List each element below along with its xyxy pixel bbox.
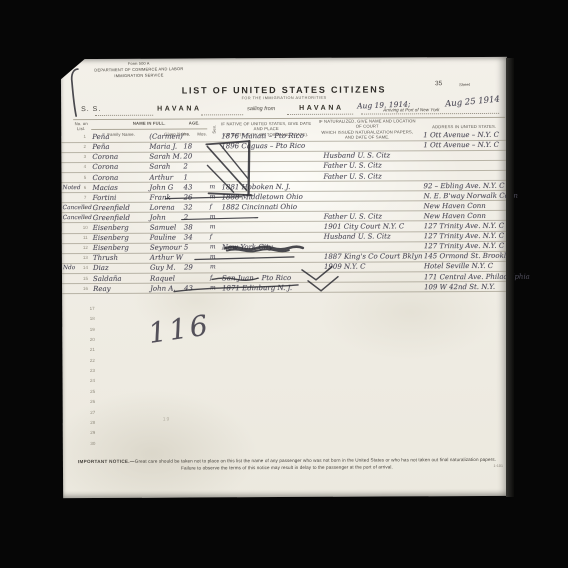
table-row: 16ReayJohn A.43m1871 Edinburg N. J.109 W… xyxy=(62,281,507,294)
table-rows: 1Peña(Carmen)1876 Manati – Pto Rico1 Ott… xyxy=(61,57,507,59)
important-notice: IMPORTANT NOTICE.—Great care should be t… xyxy=(69,457,505,473)
col-header-naturalized-line1: IF NATURALIZED, GIVE NAME AND LOCATION O… xyxy=(315,118,419,129)
cell-yrs: 34 xyxy=(184,234,193,243)
name-subheader-rule xyxy=(91,128,207,129)
cell-given: Frank xyxy=(150,193,171,202)
cell-family: Diaz xyxy=(93,264,109,273)
cell-no: 10 xyxy=(80,224,91,233)
row-number-tick: 19 xyxy=(86,327,98,332)
cell-family: Saldaña xyxy=(93,274,122,283)
cell-no: 4 xyxy=(79,164,90,173)
row-number-tick: 21 xyxy=(86,347,98,352)
cell-family: Macias xyxy=(93,184,118,193)
cell-yrs: 32 xyxy=(184,203,193,212)
cell-sex: m xyxy=(210,264,216,273)
cell-birth: 1882 Cincinnati Ohio xyxy=(222,203,298,212)
col-header-age: AGE. xyxy=(180,120,208,126)
cell-family: Eisenberg xyxy=(93,224,129,233)
cell-no: 9 xyxy=(80,214,91,223)
cell-yrs: 38 xyxy=(184,224,193,233)
cell-family: Reay xyxy=(93,285,111,294)
cell-address: New Haven Conn xyxy=(424,212,486,221)
cell-sex: m xyxy=(210,284,216,293)
cell-given: Arthur xyxy=(149,173,173,182)
cell-margin: Ndo xyxy=(63,265,75,274)
cell-given: Arthur W xyxy=(150,254,183,263)
cell-family: Thrush xyxy=(93,254,118,263)
cell-naturalization: Father U. S. Citz xyxy=(323,172,381,181)
row-number-tick: 23 xyxy=(86,368,98,373)
cell-no: 7 xyxy=(80,194,91,203)
cell-yrs: 43 xyxy=(184,284,193,293)
row-number-tick: 28 xyxy=(87,420,99,425)
cell-naturalization: Father U. S. Citz xyxy=(323,162,381,171)
cell-no: 15 xyxy=(80,275,91,284)
cell-birth: 1881 Hoboken N. J. xyxy=(222,183,291,192)
cell-family: Eisenberg xyxy=(93,244,129,253)
cell-naturalization: Husband U. S. Citz xyxy=(324,233,391,242)
cell-family: Peña xyxy=(92,143,109,152)
cell-given: (Carmen) xyxy=(149,133,183,142)
cell-sex: m xyxy=(210,244,216,253)
cell-birth: 1871 Edinburg N. J. xyxy=(222,284,292,293)
cell-given: John G xyxy=(150,183,174,192)
cell-yrs: 18 xyxy=(183,143,192,152)
row-number-tick: 24 xyxy=(87,378,99,383)
row-number-tick: 17 xyxy=(86,306,98,311)
cell-no: 16 xyxy=(80,285,91,294)
cell-yrs: 26 xyxy=(184,193,193,202)
cell-given: John xyxy=(150,214,166,223)
cell-no: 13 xyxy=(80,254,91,263)
cell-naturalization: Father U. S. Citz xyxy=(324,212,382,221)
notice-text-1: Great care should be taken not to place … xyxy=(135,457,496,464)
cell-address: 109 W 42nd St. N.Y. xyxy=(424,283,495,292)
row-number-tick: 20 xyxy=(86,337,98,342)
row-number-tick: 27 xyxy=(87,409,99,414)
cell-family: Corona xyxy=(92,163,118,172)
cell-address: Hotel Seville N.Y. C xyxy=(424,262,493,271)
blank-rule xyxy=(287,114,353,115)
faint-number: 19 xyxy=(163,417,171,423)
cell-sex: m xyxy=(210,183,216,192)
cell-yrs: 1 xyxy=(183,173,188,182)
cell-given: Lorena xyxy=(150,203,175,212)
cell-given: Sarah xyxy=(149,163,170,172)
cell-no: 1 xyxy=(79,133,90,142)
cell-given: Pauline xyxy=(150,234,176,243)
cell-sex: f xyxy=(210,274,212,283)
cell-birth: San Juan – Pto Rico xyxy=(222,274,291,283)
cell-no: 11 xyxy=(80,234,91,243)
cell-no: 12 xyxy=(80,244,91,253)
row-number-tick: 26 xyxy=(87,399,99,404)
ss-label: S. S. xyxy=(81,106,101,113)
row-number-tick: 25 xyxy=(87,389,99,394)
form-stamp: Form 500 A DEPARTMENT OF COMMERCE AND LA… xyxy=(89,61,189,79)
cell-family: Peña xyxy=(92,133,109,142)
cell-naturalization: 1909 N.Y. C xyxy=(324,263,366,272)
cell-address: 127 Trinity Ave. N.Y. C xyxy=(424,242,504,251)
cell-birth: New York City xyxy=(222,243,273,252)
cell-family: Corona xyxy=(92,153,118,162)
cell-sex: m xyxy=(210,254,216,263)
cell-no: 3 xyxy=(79,153,90,162)
cell-given: Seymour xyxy=(150,244,182,253)
cell-family: Greenfield xyxy=(93,204,130,213)
scanned-manifest-page: Form 500 A DEPARTMENT OF COMMERCE AND LA… xyxy=(61,57,509,498)
cell-sex: f xyxy=(210,203,212,212)
row-number-tick: 22 xyxy=(86,358,98,363)
cell-given: John A. xyxy=(150,284,176,293)
notice-label: IMPORTANT NOTICE.— xyxy=(78,459,135,464)
cell-family: Greenfield xyxy=(93,214,130,223)
table-header-top-rule xyxy=(73,117,505,120)
cell-yrs: 20 xyxy=(183,153,192,162)
col-header-no: No. on List. xyxy=(72,121,90,132)
cell-given: Samuel xyxy=(150,224,177,233)
cell-given: Maria J. xyxy=(149,143,177,152)
cell-no: 14 xyxy=(80,265,91,274)
page-edge-shadow xyxy=(506,58,514,497)
cell-no: 6 xyxy=(80,184,91,193)
cell-naturalization: Husband U. S. Citz xyxy=(323,152,390,161)
arriving-label: Arriving at Port of New York xyxy=(383,107,439,112)
cell-sex: m xyxy=(210,223,216,232)
cell-given: Guy M. xyxy=(150,264,176,273)
cell-given: Sarah M. xyxy=(149,153,182,162)
cell-no: 2 xyxy=(79,143,90,152)
page-corner-shadow xyxy=(60,58,86,80)
row-number-tick: 18 xyxy=(86,316,98,321)
cell-margin: Noted xyxy=(63,184,81,193)
row-number-tick: 29 xyxy=(87,430,99,435)
cell-no: 8 xyxy=(80,204,91,213)
cell-yrs: 2 xyxy=(184,213,189,222)
cell-sex: m xyxy=(210,193,216,202)
cell-no: 5 xyxy=(79,174,90,183)
blank-rule xyxy=(95,115,153,116)
sailing-from-label: sailing from xyxy=(247,106,275,112)
cell-family: Eisenberg xyxy=(93,234,129,243)
blank-rule xyxy=(361,113,499,115)
cell-yrs: 5 xyxy=(184,244,189,253)
form-code: 1-101 xyxy=(494,464,503,469)
blank-rule xyxy=(201,114,243,115)
cell-family: Fortini xyxy=(93,194,117,203)
ship-name: HAVANA xyxy=(157,105,202,112)
cell-given: Raquel xyxy=(150,274,175,283)
cell-yrs: 2 xyxy=(183,163,188,172)
sailing-port: HAVANA xyxy=(299,105,344,112)
row-number-tick: 30 xyxy=(87,441,99,446)
cell-address: New Haven Conn xyxy=(424,202,486,211)
cell-family: Corona xyxy=(92,173,118,182)
cell-address: 1 Ott Avenue – N.Y. C xyxy=(423,141,499,150)
handwritten-tally: 116 xyxy=(146,308,213,350)
cell-yrs: 43 xyxy=(184,183,193,192)
cell-yrs: 29 xyxy=(184,264,193,273)
cell-sex: f xyxy=(210,234,212,243)
cell-sex: m xyxy=(210,213,216,222)
row-number-ticks: 1718192021222324252627282930 xyxy=(61,57,507,59)
